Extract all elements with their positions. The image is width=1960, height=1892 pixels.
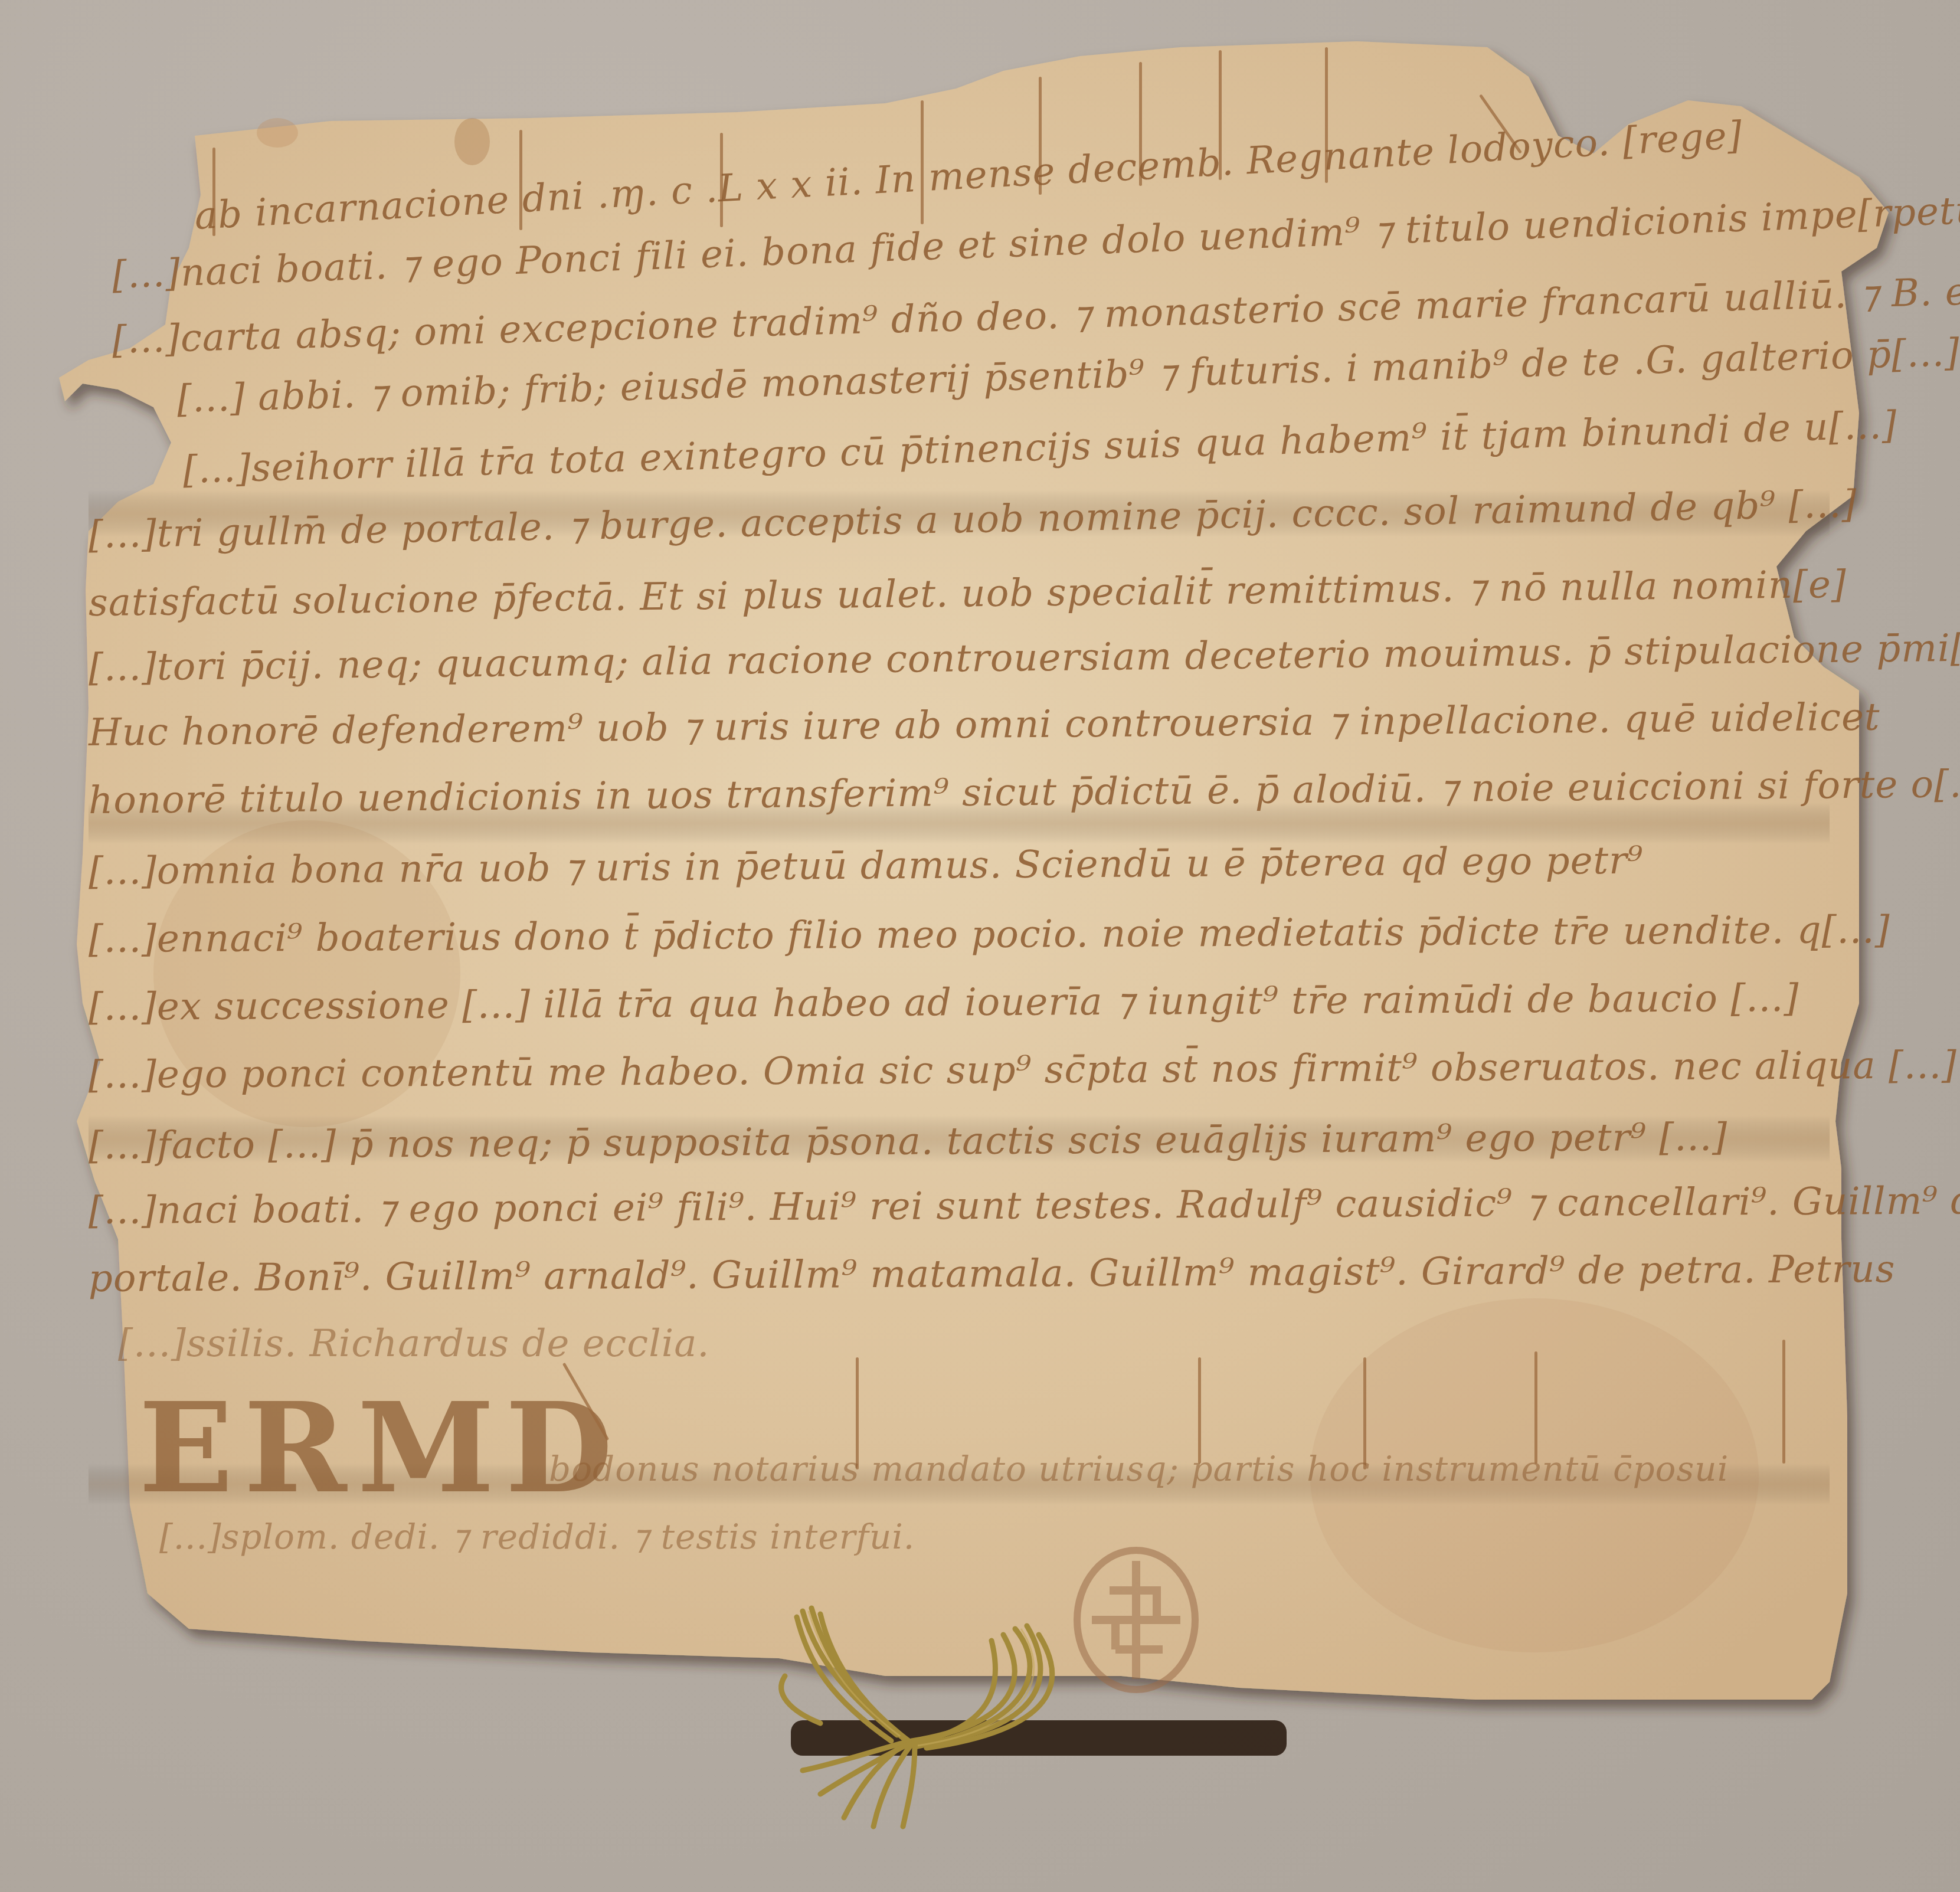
seal-cord-icon xyxy=(767,1593,1098,1829)
subscription-line-2: [...]splom. dedi. ⁊ rediddi. ⁊ testis in… xyxy=(159,1517,915,1557)
subscription-line-1: bodonus notarius mandato utriusq; partis… xyxy=(549,1449,1729,1489)
